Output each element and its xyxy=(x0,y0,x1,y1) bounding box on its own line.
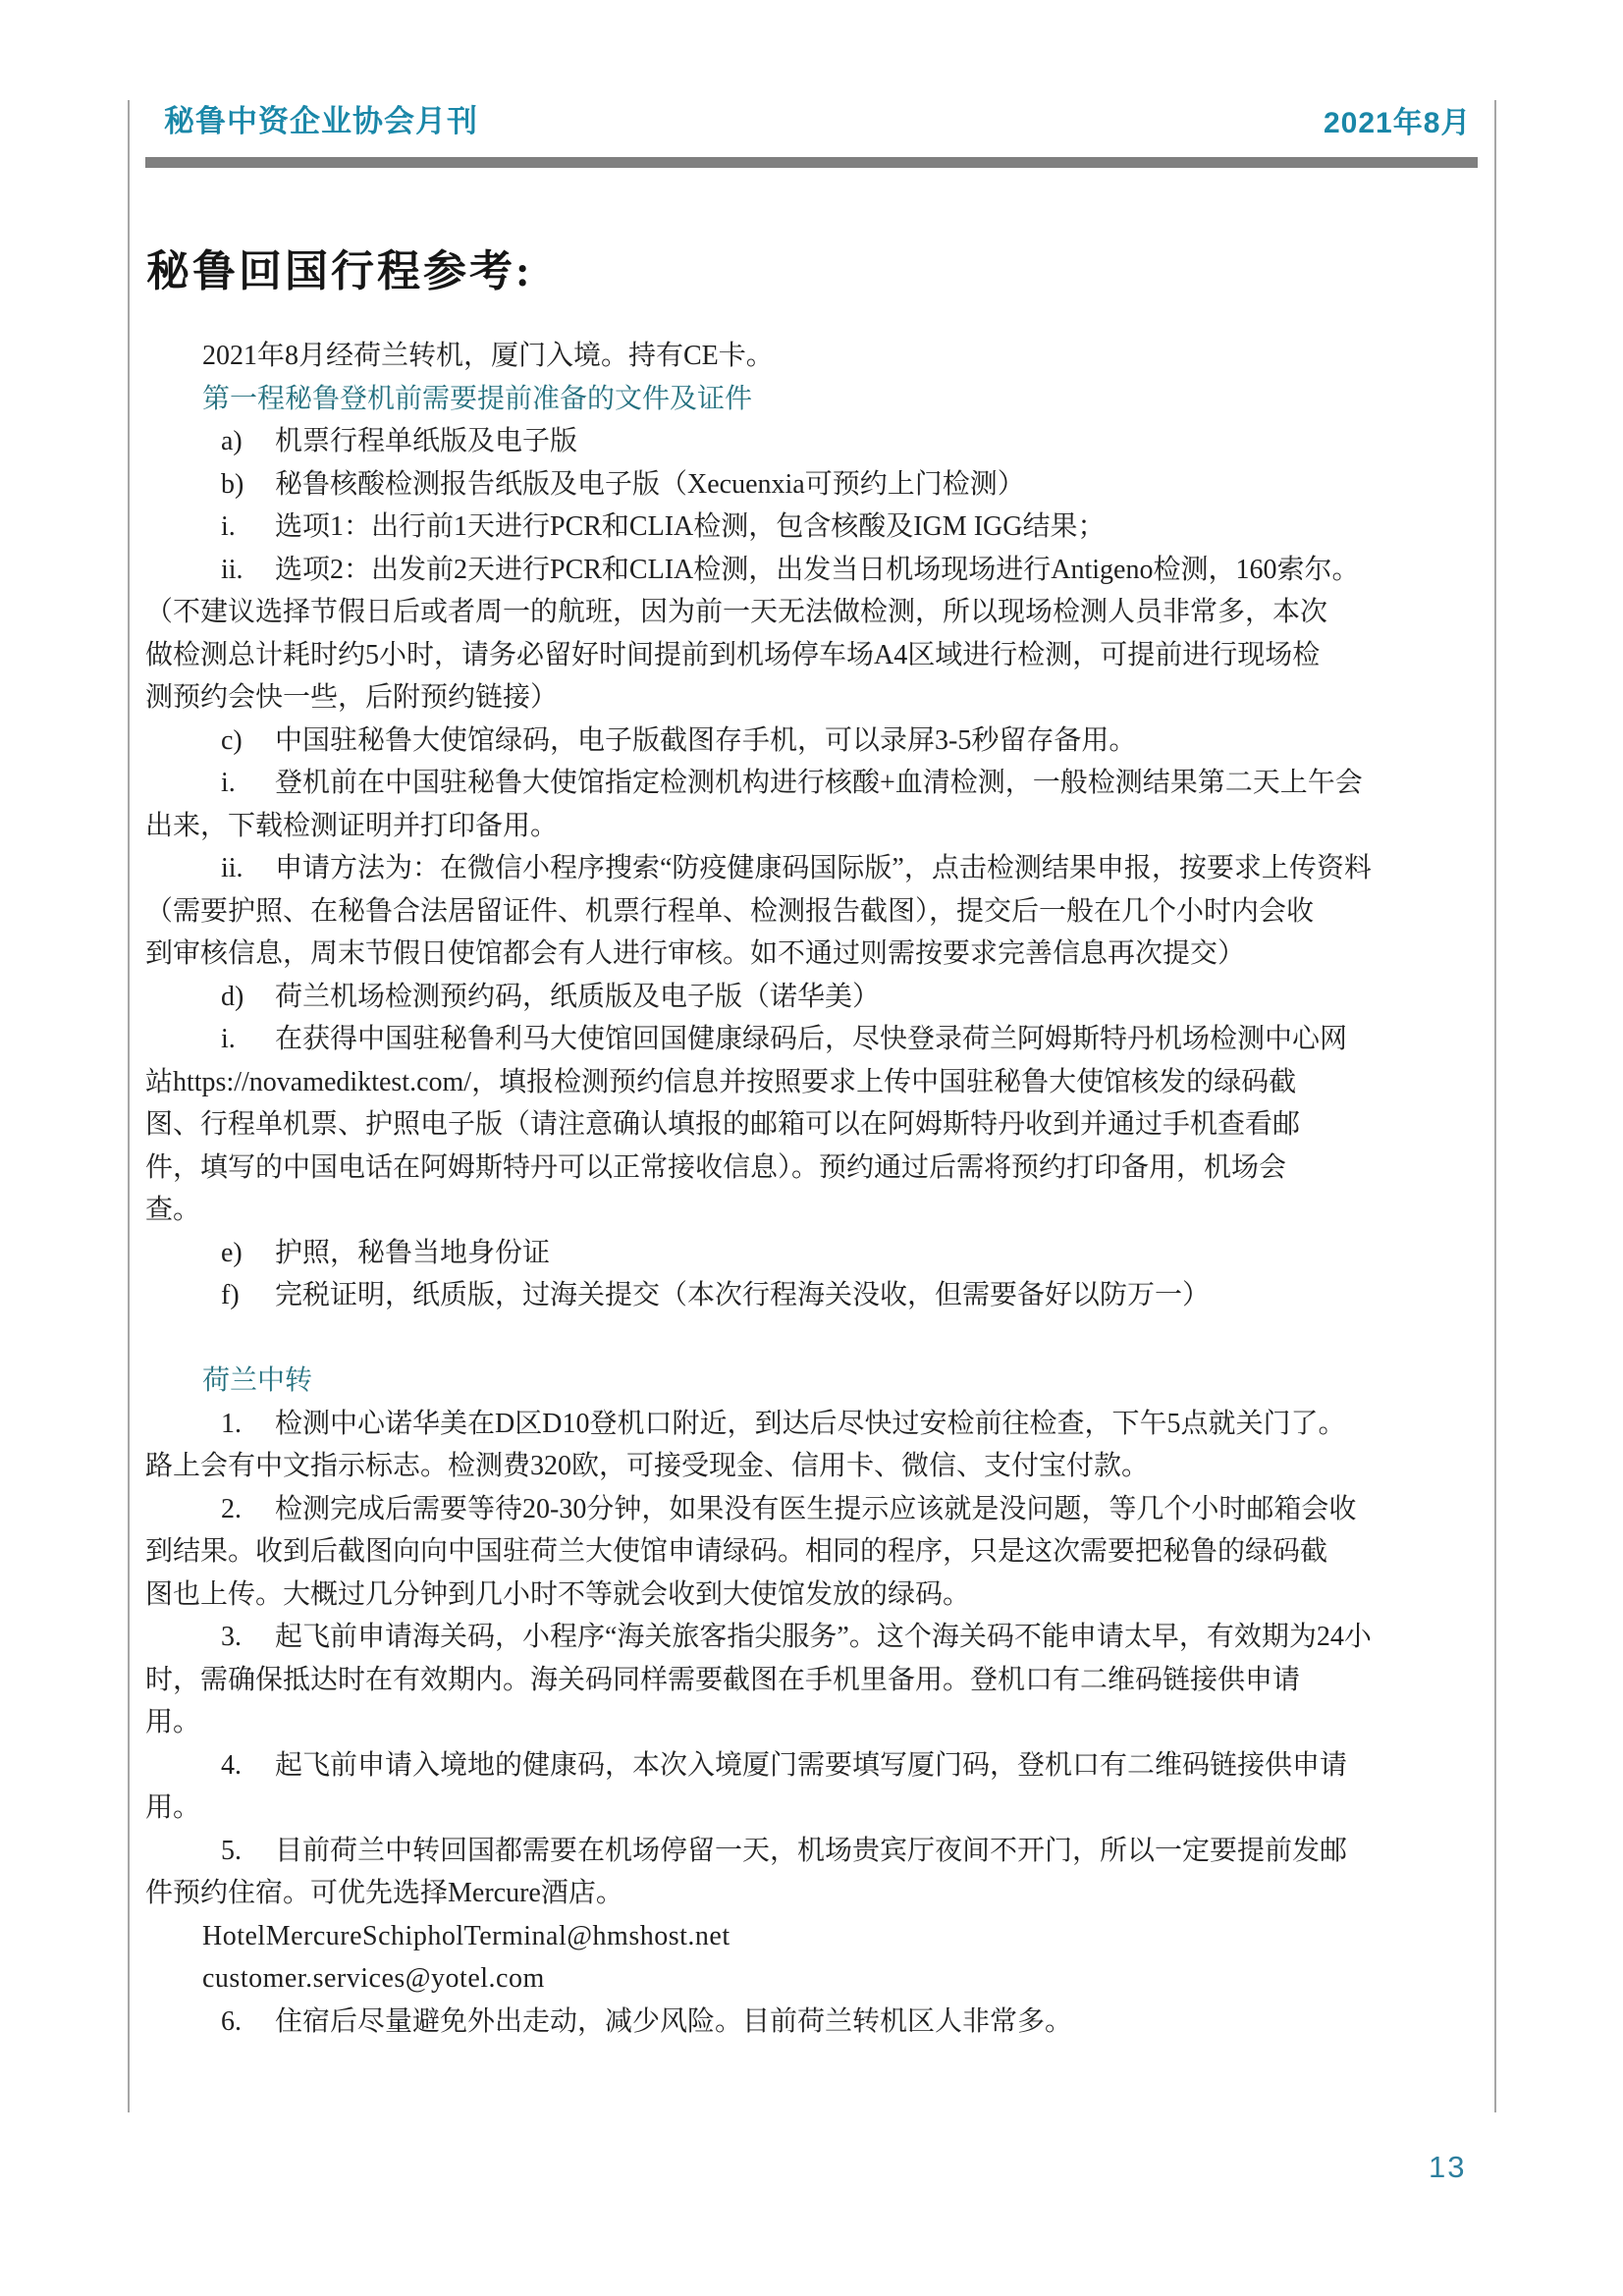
document-page: 秘鲁中资企业协会月刊 2021年8月 秘鲁回国行程参考: 2021年8月经荷兰转… xyxy=(0,0,1623,2296)
text-line: a)机票行程单纸版及电子版 xyxy=(145,420,1483,463)
text-line: （需要护照、在秘鲁合法居留证件、机票行程单、检测报告截图），提交后一般在几个小时… xyxy=(145,890,1483,934)
line-text: 路上会有中文指示标志。检测费320欧，可接受现金、信用卡、微信、支付宝付款。 xyxy=(145,1451,1149,1481)
list-marker: e) xyxy=(221,1232,275,1275)
list-marker: 1. xyxy=(221,1403,275,1446)
page-number: 13 xyxy=(1429,2150,1466,2185)
text-line: 5.目前荷兰中转回国都需要在机场停留一天，机场贵宾厅夜间不开门，所以一定要提前发… xyxy=(145,1830,1483,1873)
line-text: 图、行程单机票、护照电子版（请注意确认填报的邮箱可以在阿姆斯特丹收到并通过手机查… xyxy=(145,1109,1300,1140)
text-line: 站https://novamediktest.com/，填报检测预约信息并按照要… xyxy=(145,1061,1483,1104)
line-text: 申请方法为：在微信小程序搜索“防疫健康码国际版”，点击检测结果申报，按要求上传资… xyxy=(275,853,1372,883)
page-title: 秘鲁回国行程参考: xyxy=(146,236,533,298)
line-text: 检测中心诺华美在D区D10登机口附近，到达后尽快过安检前往检查，下午5点就关门了… xyxy=(275,1409,1345,1439)
text-line: 1.检测中心诺华美在D区D10登机口附近，到达后尽快过安检前往检查，下午5点就关… xyxy=(145,1403,1483,1446)
text-line: customer.services@yotel.com xyxy=(145,1957,1483,2001)
text-line: 时，需确保抵达时在有效期内。海关码同样需要截图在手机里备用。登机口有二维码链接供… xyxy=(145,1659,1483,1702)
text-line: （不建议选择节假日后或者周一的航班，因为前一天无法做检测，所以现场检测人员非常多… xyxy=(145,591,1483,634)
list-marker: 4. xyxy=(221,1744,275,1788)
line-text: （不建议选择节假日后或者周一的航班，因为前一天无法做检测，所以现场检测人员非常多… xyxy=(145,597,1327,627)
text-line: d)荷兰机场检测预约码，纸质版及电子版（诺华美） xyxy=(145,976,1483,1019)
text-line: e)护照，秘鲁当地身份证 xyxy=(145,1232,1483,1275)
line-text: HotelMercureSchipholTerminal@hmshost.net xyxy=(202,1921,730,1951)
line-text: 目前荷兰中转回国都需要在机场停留一天，机场贵宾厅夜间不开门，所以一定要提前发邮 xyxy=(275,1836,1347,1866)
list-marker: i. xyxy=(221,1018,275,1061)
line-text: （需要护照、在秘鲁合法居留证件、机票行程单、检测报告截图），提交后一般在几个小时… xyxy=(145,896,1314,927)
text-line: 出来，下载检测证明并打印备用。 xyxy=(145,805,1483,848)
line-text: 用。 xyxy=(145,1792,200,1823)
text-line: i.登机前在中国驻秘鲁大使馆指定检测机构进行核酸+血清检测，一般检测结果第二天上… xyxy=(145,762,1483,805)
line-text: 住宿后尽量避免外出走动，减少风险。目前荷兰转机区人非常多。 xyxy=(275,2006,1072,2037)
list-marker: ii. xyxy=(221,847,275,890)
list-marker: 2. xyxy=(221,1488,275,1531)
line-text: 完税证明，纸质版，过海关提交（本次行程海关没收，但需要备好以防万一） xyxy=(275,1280,1210,1310)
line-text: 件，填写的中国电话在阿姆斯特丹可以正常接收信息）。预约通过后需将预约打印备用，机… xyxy=(145,1152,1286,1183)
line-text: 起飞前申请海关码，小程序“海关旅客指尖服务”。这个海关码不能申请太早，有效期为2… xyxy=(275,1622,1372,1652)
text-line: 查。 xyxy=(145,1189,1483,1232)
line-text: 用。 xyxy=(145,1707,200,1737)
line-text: 到审核信息，周末节假日使馆都会有人进行审核。如不通过则需按要求完善信息再次提交） xyxy=(145,938,1245,969)
header-divider-bar xyxy=(145,157,1478,168)
journal-title: 秘鲁中资企业协会月刊 xyxy=(164,96,478,140)
line-text: 时，需确保抵达时在有效期内。海关码同样需要截图在手机里备用。登机口有二维码链接供… xyxy=(145,1665,1300,1695)
line-text: 检测完成后需要等待20-30分钟，如果没有医生提示应该就是没问题，等几个小时邮箱… xyxy=(275,1494,1356,1524)
text-line: 荷兰中转 xyxy=(145,1360,1483,1403)
line-text: 荷兰中转 xyxy=(202,1365,312,1396)
text-line: 用。 xyxy=(145,1701,1483,1744)
line-text: 第一程秘鲁登机前需要提前准备的文件及证件 xyxy=(202,384,752,414)
line-text: 出来，下载检测证明并打印备用。 xyxy=(145,811,558,841)
text-line: 第一程秘鲁登机前需要提前准备的文件及证件 xyxy=(145,378,1483,421)
line-text: 秘鲁核酸检测报告纸版及电子版（Xecuenxia可预约上门检测） xyxy=(275,469,1025,500)
text-line: 件，填写的中国电话在阿姆斯特丹可以正常接收信息）。预约通过后需将预约打印备用，机… xyxy=(145,1147,1483,1190)
line-text: 到结果。收到后截图向向中国驻荷兰大使馆申请绿码。相同的程序，只是这次需要把秘鲁的… xyxy=(145,1536,1327,1567)
text-line: 4.起飞前申请入境地的健康码，本次入境厦门需要填写厦门码，登机口有二维码链接供申… xyxy=(145,1744,1483,1788)
list-marker: i. xyxy=(221,506,275,549)
line-text: 图也上传。大概过几分钟到几小时不等就会收到大使馆发放的绿码。 xyxy=(145,1579,970,1610)
text-line: 6.住宿后尽量避免外出走动，减少风险。目前荷兰转机区人非常多。 xyxy=(145,2001,1483,2044)
page-frame-right-line xyxy=(1494,100,1496,2112)
list-marker: 5. xyxy=(221,1830,275,1873)
line-text: 查。 xyxy=(145,1195,200,1225)
text-line: f)完税证明，纸质版，过海关提交（本次行程海关没收，但需要备好以防万一） xyxy=(145,1274,1483,1317)
text-line: 2021年8月经荷兰转机，厦门入境。持有CE卡。 xyxy=(145,335,1483,378)
text-line: 用。 xyxy=(145,1787,1483,1830)
line-text: 在获得中国驻秘鲁利马大使馆回国健康绿码后，尽快登录荷兰阿姆斯特丹机场检测中心网 xyxy=(275,1024,1347,1054)
line-text: 选项1：出行前1天进行PCR和CLIA检测，包含核酸及IGM IGG结果； xyxy=(275,511,1105,542)
line-text: 登机前在中国驻秘鲁大使馆指定检测机构进行核酸+血清检测，一般检测结果第二天上午会 xyxy=(275,768,1363,798)
text-line: 到结果。收到后截图向向中国驻荷兰大使馆申请绿码。相同的程序，只是这次需要把秘鲁的… xyxy=(145,1530,1483,1574)
list-marker: d) xyxy=(221,976,275,1019)
text-line: 测预约会快一些，后附预约链接） xyxy=(145,676,1483,720)
list-marker: 6. xyxy=(221,2001,275,2044)
text-line: 做检测总计耗时约5小时，请务必留好时间提前到机场停车场A4区域进行检测，可提前进… xyxy=(145,634,1483,677)
text-line xyxy=(145,1317,1483,1361)
list-marker: c) xyxy=(221,720,275,763)
text-line: ii.申请方法为：在微信小程序搜索“防疫健康码国际版”，点击检测结果申报，按要求… xyxy=(145,847,1483,890)
line-text: 件预约住宿。可优先选择Mercure酒店。 xyxy=(145,1878,623,1908)
page-frame-left-line xyxy=(128,100,130,2112)
list-marker: f) xyxy=(221,1274,275,1317)
text-line: 到审核信息，周末节假日使馆都会有人进行审核。如不通过则需按要求完善信息再次提交） xyxy=(145,933,1483,976)
list-marker: a) xyxy=(221,420,275,463)
line-text: 做检测总计耗时约5小时，请务必留好时间提前到机场停车场A4区域进行检测，可提前进… xyxy=(145,640,1320,670)
line-text: customer.services@yotel.com xyxy=(202,1963,545,1994)
line-text: 测预约会快一些，后附预约链接） xyxy=(145,682,558,713)
line-text: 站https://novamediktest.com/，填报检测预约信息并按照要… xyxy=(145,1067,1296,1097)
list-marker: i. xyxy=(221,762,275,805)
text-line: b)秘鲁核酸检测报告纸版及电子版（Xecuenxia可预约上门检测） xyxy=(145,463,1483,507)
text-line: 路上会有中文指示标志。检测费320欧，可接受现金、信用卡、微信、支付宝付款。 xyxy=(145,1445,1483,1488)
line-text: 选项2：出发前2天进行PCR和CLIA检测，出发当日机场现场进行Antigeno… xyxy=(275,555,1359,585)
text-line: HotelMercureSchipholTerminal@hmshost.net xyxy=(145,1915,1483,1958)
text-line: 2.检测完成后需要等待20-30分钟，如果没有医生提示应该就是没问题，等几个小时… xyxy=(145,1488,1483,1531)
text-line: i.在获得中国驻秘鲁利马大使馆回国健康绿码后，尽快登录荷兰阿姆斯特丹机场检测中心… xyxy=(145,1018,1483,1061)
line-text: 2021年8月经荷兰转机，厦门入境。持有CE卡。 xyxy=(202,341,774,371)
list-marker: 3. xyxy=(221,1616,275,1659)
text-line: i.选项1：出行前1天进行PCR和CLIA检测，包含核酸及IGM IGG结果； xyxy=(145,506,1483,549)
text-line: c)中国驻秘鲁大使馆绿码，电子版截图存手机，可以录屏3-5秒留存备用。 xyxy=(145,720,1483,763)
line-text: 护照，秘鲁当地身份证 xyxy=(275,1238,550,1268)
body-text: 2021年8月经荷兰转机，厦门入境。持有CE卡。第一程秘鲁登机前需要提前准备的文… xyxy=(145,335,1483,2043)
text-line: 图、行程单机票、护照电子版（请注意确认填报的邮箱可以在阿姆斯特丹收到并通过手机查… xyxy=(145,1103,1483,1147)
line-text: 中国驻秘鲁大使馆绿码，电子版截图存手机，可以录屏3-5秒留存备用。 xyxy=(275,725,1136,756)
text-line: 3.起飞前申请海关码，小程序“海关旅客指尖服务”。这个海关码不能申请太早，有效期… xyxy=(145,1616,1483,1659)
line-text: 起飞前申请入境地的健康码，本次入境厦门需要填写厦门码，登机口有二维码链接供申请 xyxy=(275,1750,1347,1781)
text-line: 件预约住宿。可优先选择Mercure酒店。 xyxy=(145,1872,1483,1915)
issue-date: 2021年8月 xyxy=(1324,98,1471,141)
text-line: ii.选项2：出发前2天进行PCR和CLIA检测，出发当日机场现场进行Antig… xyxy=(145,549,1483,592)
line-text: 荷兰机场检测预约码，纸质版及电子版（诺华美） xyxy=(275,982,880,1012)
text-line: 图也上传。大概过几分钟到几小时不等就会收到大使馆发放的绿码。 xyxy=(145,1574,1483,1617)
list-marker: ii. xyxy=(221,549,275,592)
line-text: 机票行程单纸版及电子版 xyxy=(275,426,577,456)
list-marker: b) xyxy=(221,463,275,507)
